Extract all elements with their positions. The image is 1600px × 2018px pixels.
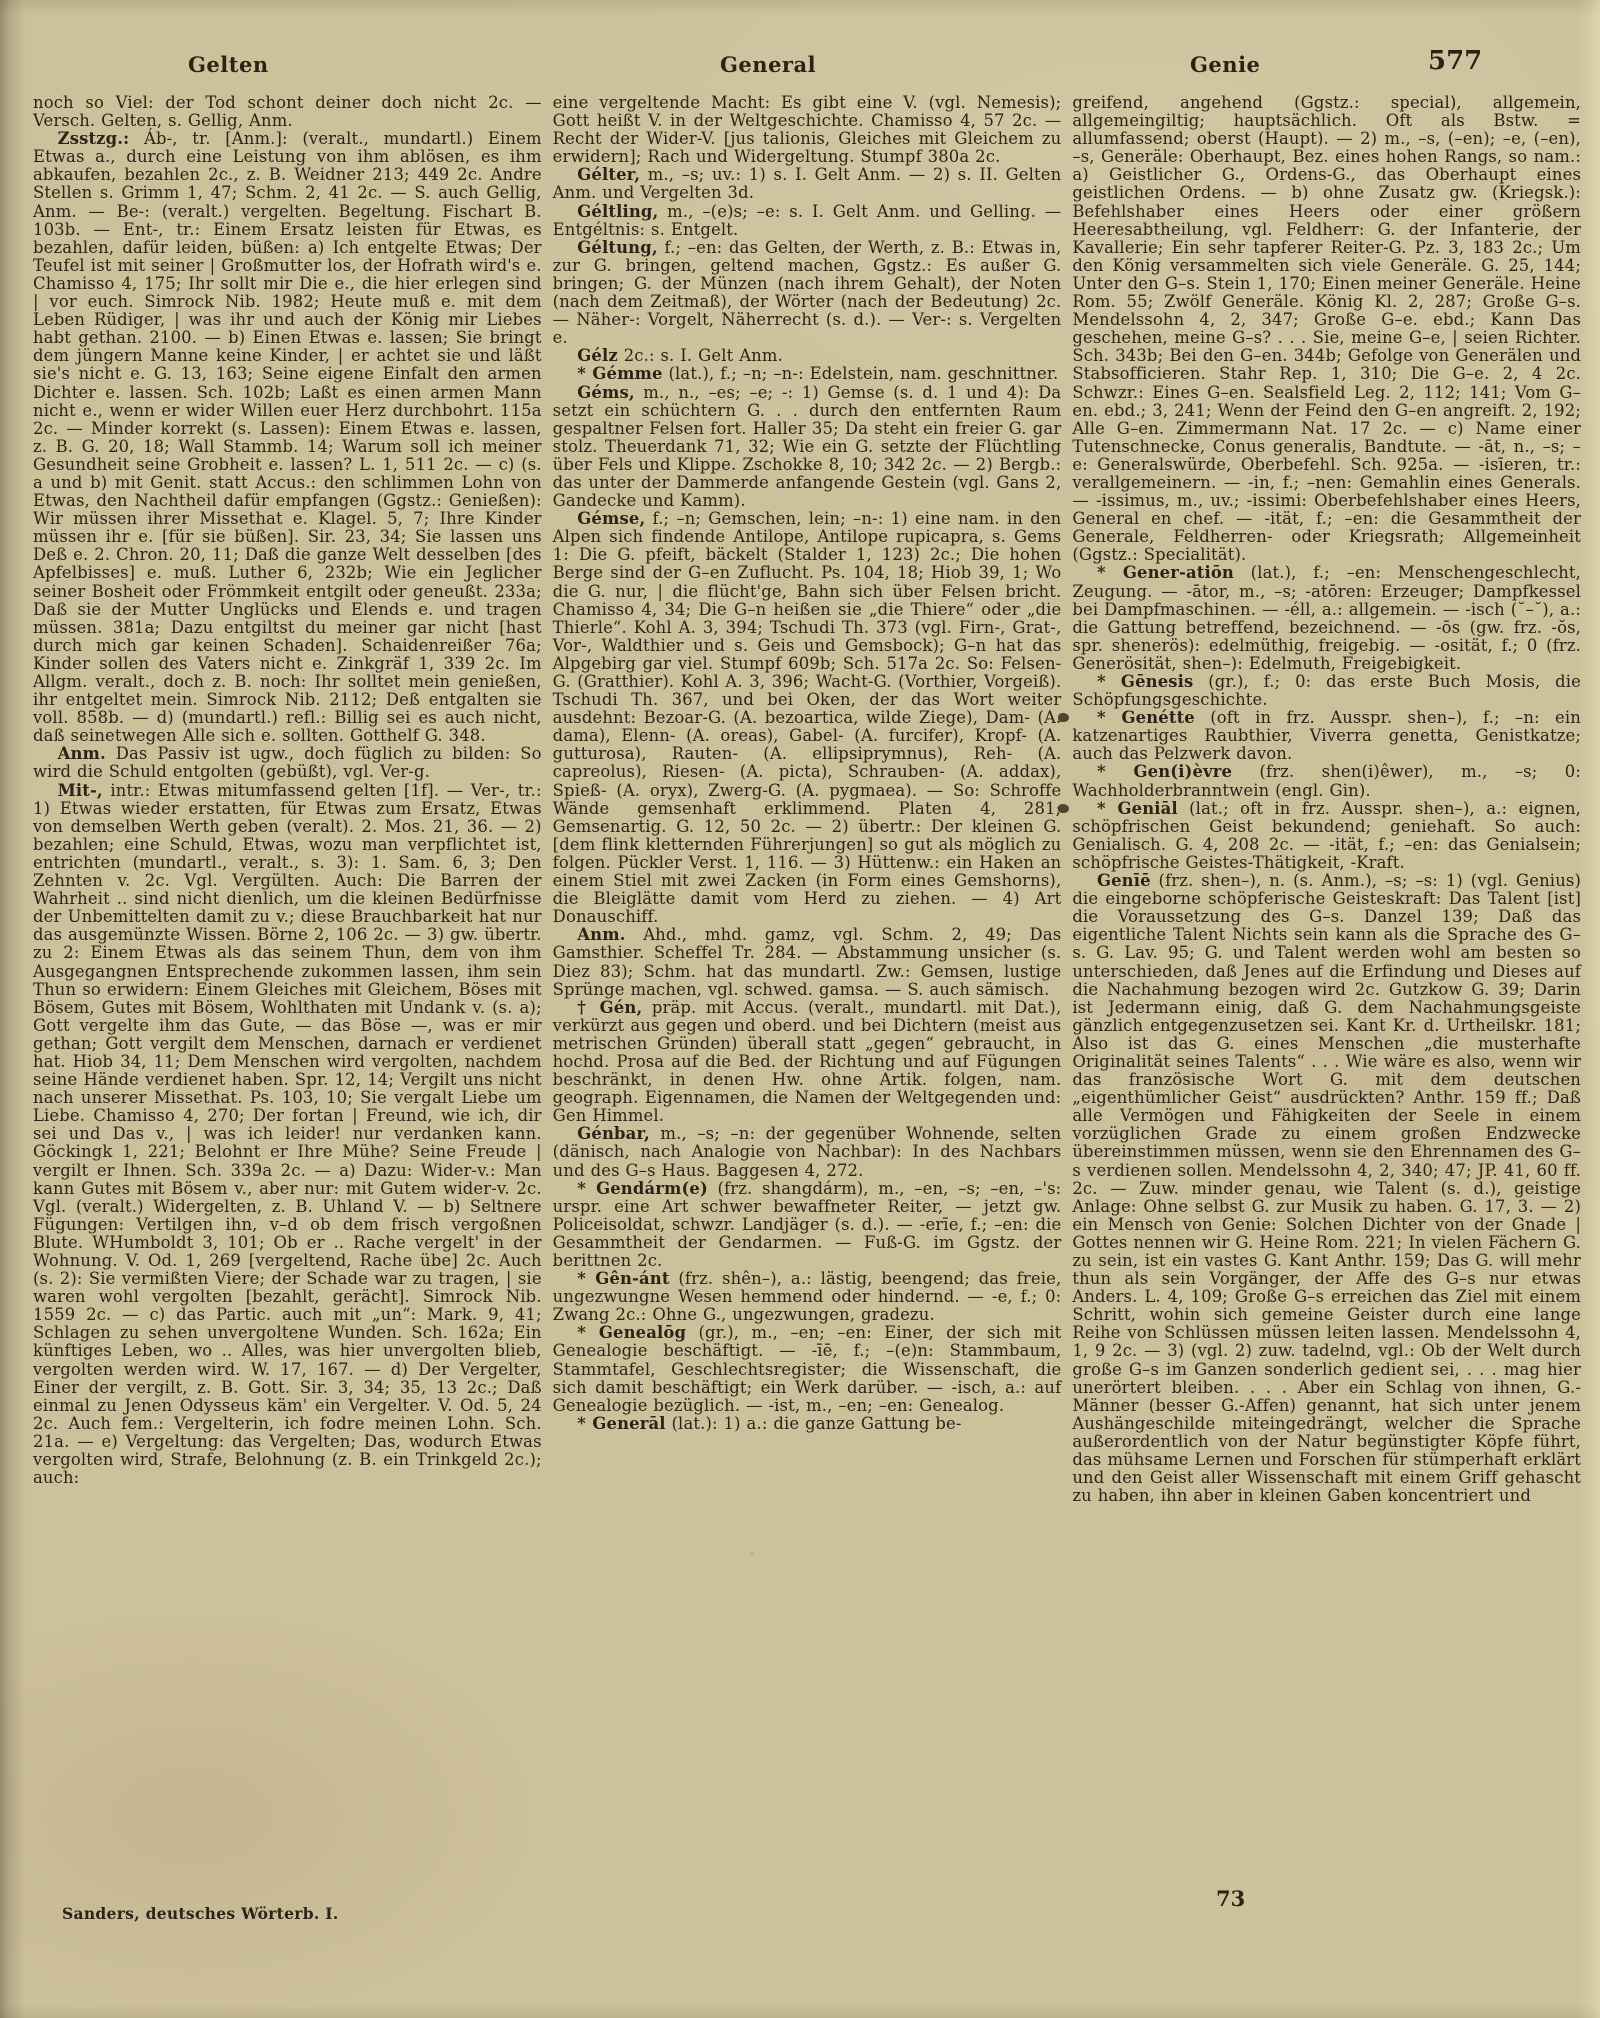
entry-paragraph: † Gén, präp. mit Accus. (veralt., mundar… bbox=[553, 999, 1062, 1126]
column-2: eine vergeltende Macht: Es gibt eine V. … bbox=[553, 94, 1062, 1505]
entry-headword: * Gēnesis bbox=[1097, 672, 1194, 691]
dictionary-page-scan: Gelten General Genie 577 noch so Viel: d… bbox=[0, 0, 1600, 2018]
entry-paragraph: Zsstzg.: Áb-, tr. [Anm.]: (veralt., mund… bbox=[33, 130, 542, 745]
entry-paragraph: Mit-, intr.: Etwas mitumfassend gelten [… bbox=[33, 782, 542, 1488]
entry-paragraph: * Gen(i)èvre (frz. shen(i)êwer), m., –s;… bbox=[1072, 763, 1581, 799]
running-head-right: Genie bbox=[1190, 52, 1260, 77]
entry-paragraph: * Genealōg (gr.), m., –en; –en: Einer, d… bbox=[553, 1324, 1062, 1414]
entry-headword: Gélter, bbox=[577, 165, 640, 184]
entry-paragraph: Géltung, f.; –en: das Gelten, der Werth,… bbox=[553, 239, 1062, 348]
page-number: 577 bbox=[1428, 46, 1482, 76]
entry-headword: † Gén, bbox=[577, 998, 642, 1017]
entry-headword: Gélz bbox=[577, 346, 618, 365]
entry-paragraph: * Gên-ánt (frz. shên–), a.: lästig, been… bbox=[553, 1270, 1062, 1324]
printer-signature: Sanders, deutsches Wörterb. I. bbox=[62, 1904, 339, 1923]
entry-headword: * Gémme bbox=[577, 364, 662, 383]
entry-paragraph: * Gener-atiōn (lat.), f.; –en: Menscheng… bbox=[1072, 564, 1581, 673]
entry-paragraph: Génbar, m., –s; –n: der gegenüber Wohnen… bbox=[553, 1125, 1062, 1179]
entry-headword: Anm. bbox=[58, 744, 106, 763]
entry-paragraph: * Gendárm(e) (frz. shangdárm), m., –en, … bbox=[553, 1180, 1062, 1270]
entry-paragraph: * Genétte (oft in frz. Ausspr. shen–), f… bbox=[1072, 709, 1581, 763]
margin-mark-icon bbox=[1058, 713, 1069, 722]
entry-paragraph: * Gémme (lat.), f.; –n; –n-: Edelstein, … bbox=[553, 365, 1062, 383]
margin-mark-icon bbox=[1058, 804, 1069, 813]
entry-headword: * Genétte bbox=[1097, 708, 1195, 727]
entry-headword: * Gên-ánt bbox=[577, 1269, 669, 1288]
column-1: noch so Viel: der Tod schont deiner doch… bbox=[33, 94, 542, 1505]
running-head-center: General bbox=[720, 52, 816, 77]
entry-paragraph: Anm. Das Passiv ist ugw., doch füglich z… bbox=[33, 745, 542, 781]
entry-paragraph: Gélz 2c.: s. I. Gelt Anm. bbox=[553, 347, 1062, 365]
entry-paragraph: Géltling, m., –(e)s; –e: s. I. Gelt Anm.… bbox=[553, 203, 1062, 239]
entry-headword: Anm. bbox=[577, 925, 625, 944]
entry-paragraph: noch so Viel: der Tod schont deiner doch… bbox=[33, 94, 542, 130]
entry-headword: Géms, bbox=[577, 383, 634, 402]
entry-headword: Géltung, bbox=[577, 238, 657, 257]
entry-paragraph: * Gēnesis (gr.), f.; 0: das erste Buch M… bbox=[1072, 673, 1581, 709]
entry-headword: Géltling, bbox=[577, 202, 658, 221]
sheet-number: 73 bbox=[1216, 1886, 1245, 1911]
entry-headword: Genīē bbox=[1097, 871, 1151, 890]
entry-paragraph: Géms, m., n., –es; –e; -: 1) Gemse (s. d… bbox=[553, 384, 1062, 511]
column-3: greifend, angehend (Ggstz.: special), al… bbox=[1072, 94, 1581, 1505]
entry-paragraph: eine vergeltende Macht: Es gibt eine V. … bbox=[553, 94, 1062, 166]
entry-paragraph: Anm. Ahd., mhd. gamz, vgl. Schm. 2, 49; … bbox=[553, 926, 1062, 998]
entry-headword: * Generāl bbox=[577, 1414, 665, 1433]
entry-headword: * Gen(i)èvre bbox=[1097, 762, 1232, 781]
entry-headword: * Gener-atiōn bbox=[1097, 563, 1234, 582]
entry-headword: Génbar, bbox=[577, 1124, 650, 1143]
entry-paragraph: * Generāl (lat.): 1) a.: die ganze Gattu… bbox=[553, 1415, 1062, 1433]
entry-headword: * Geniāl bbox=[1097, 799, 1178, 818]
entry-paragraph: greifend, angehend (Ggstz.: special), al… bbox=[1072, 94, 1581, 564]
entry-paragraph: Genīē (frz. shen–), n. (s. Anm.), –s; –s… bbox=[1072, 872, 1581, 1505]
entry-headword: * Gendárm(e) bbox=[577, 1179, 708, 1198]
text-columns: noch so Viel: der Tod schont deiner doch… bbox=[33, 94, 1581, 1505]
entry-headword: Zsstzg.: bbox=[58, 129, 130, 148]
entry-headword: Mit-, bbox=[58, 781, 103, 800]
entry-paragraph: Gémse, f.; –n; Gemschen, lein; –n-: 1) e… bbox=[553, 510, 1062, 926]
entry-paragraph: Gélter, m., –s; uv.: 1) s. I. Gelt Anm. … bbox=[553, 166, 1062, 202]
entry-headword: * Genealōg bbox=[577, 1323, 686, 1342]
running-head-left: Gelten bbox=[188, 52, 269, 77]
entry-headword: Gémse, bbox=[577, 509, 645, 528]
entry-paragraph: * Geniāl (lat.; oft in frz. Ausspr. shen… bbox=[1072, 800, 1581, 872]
